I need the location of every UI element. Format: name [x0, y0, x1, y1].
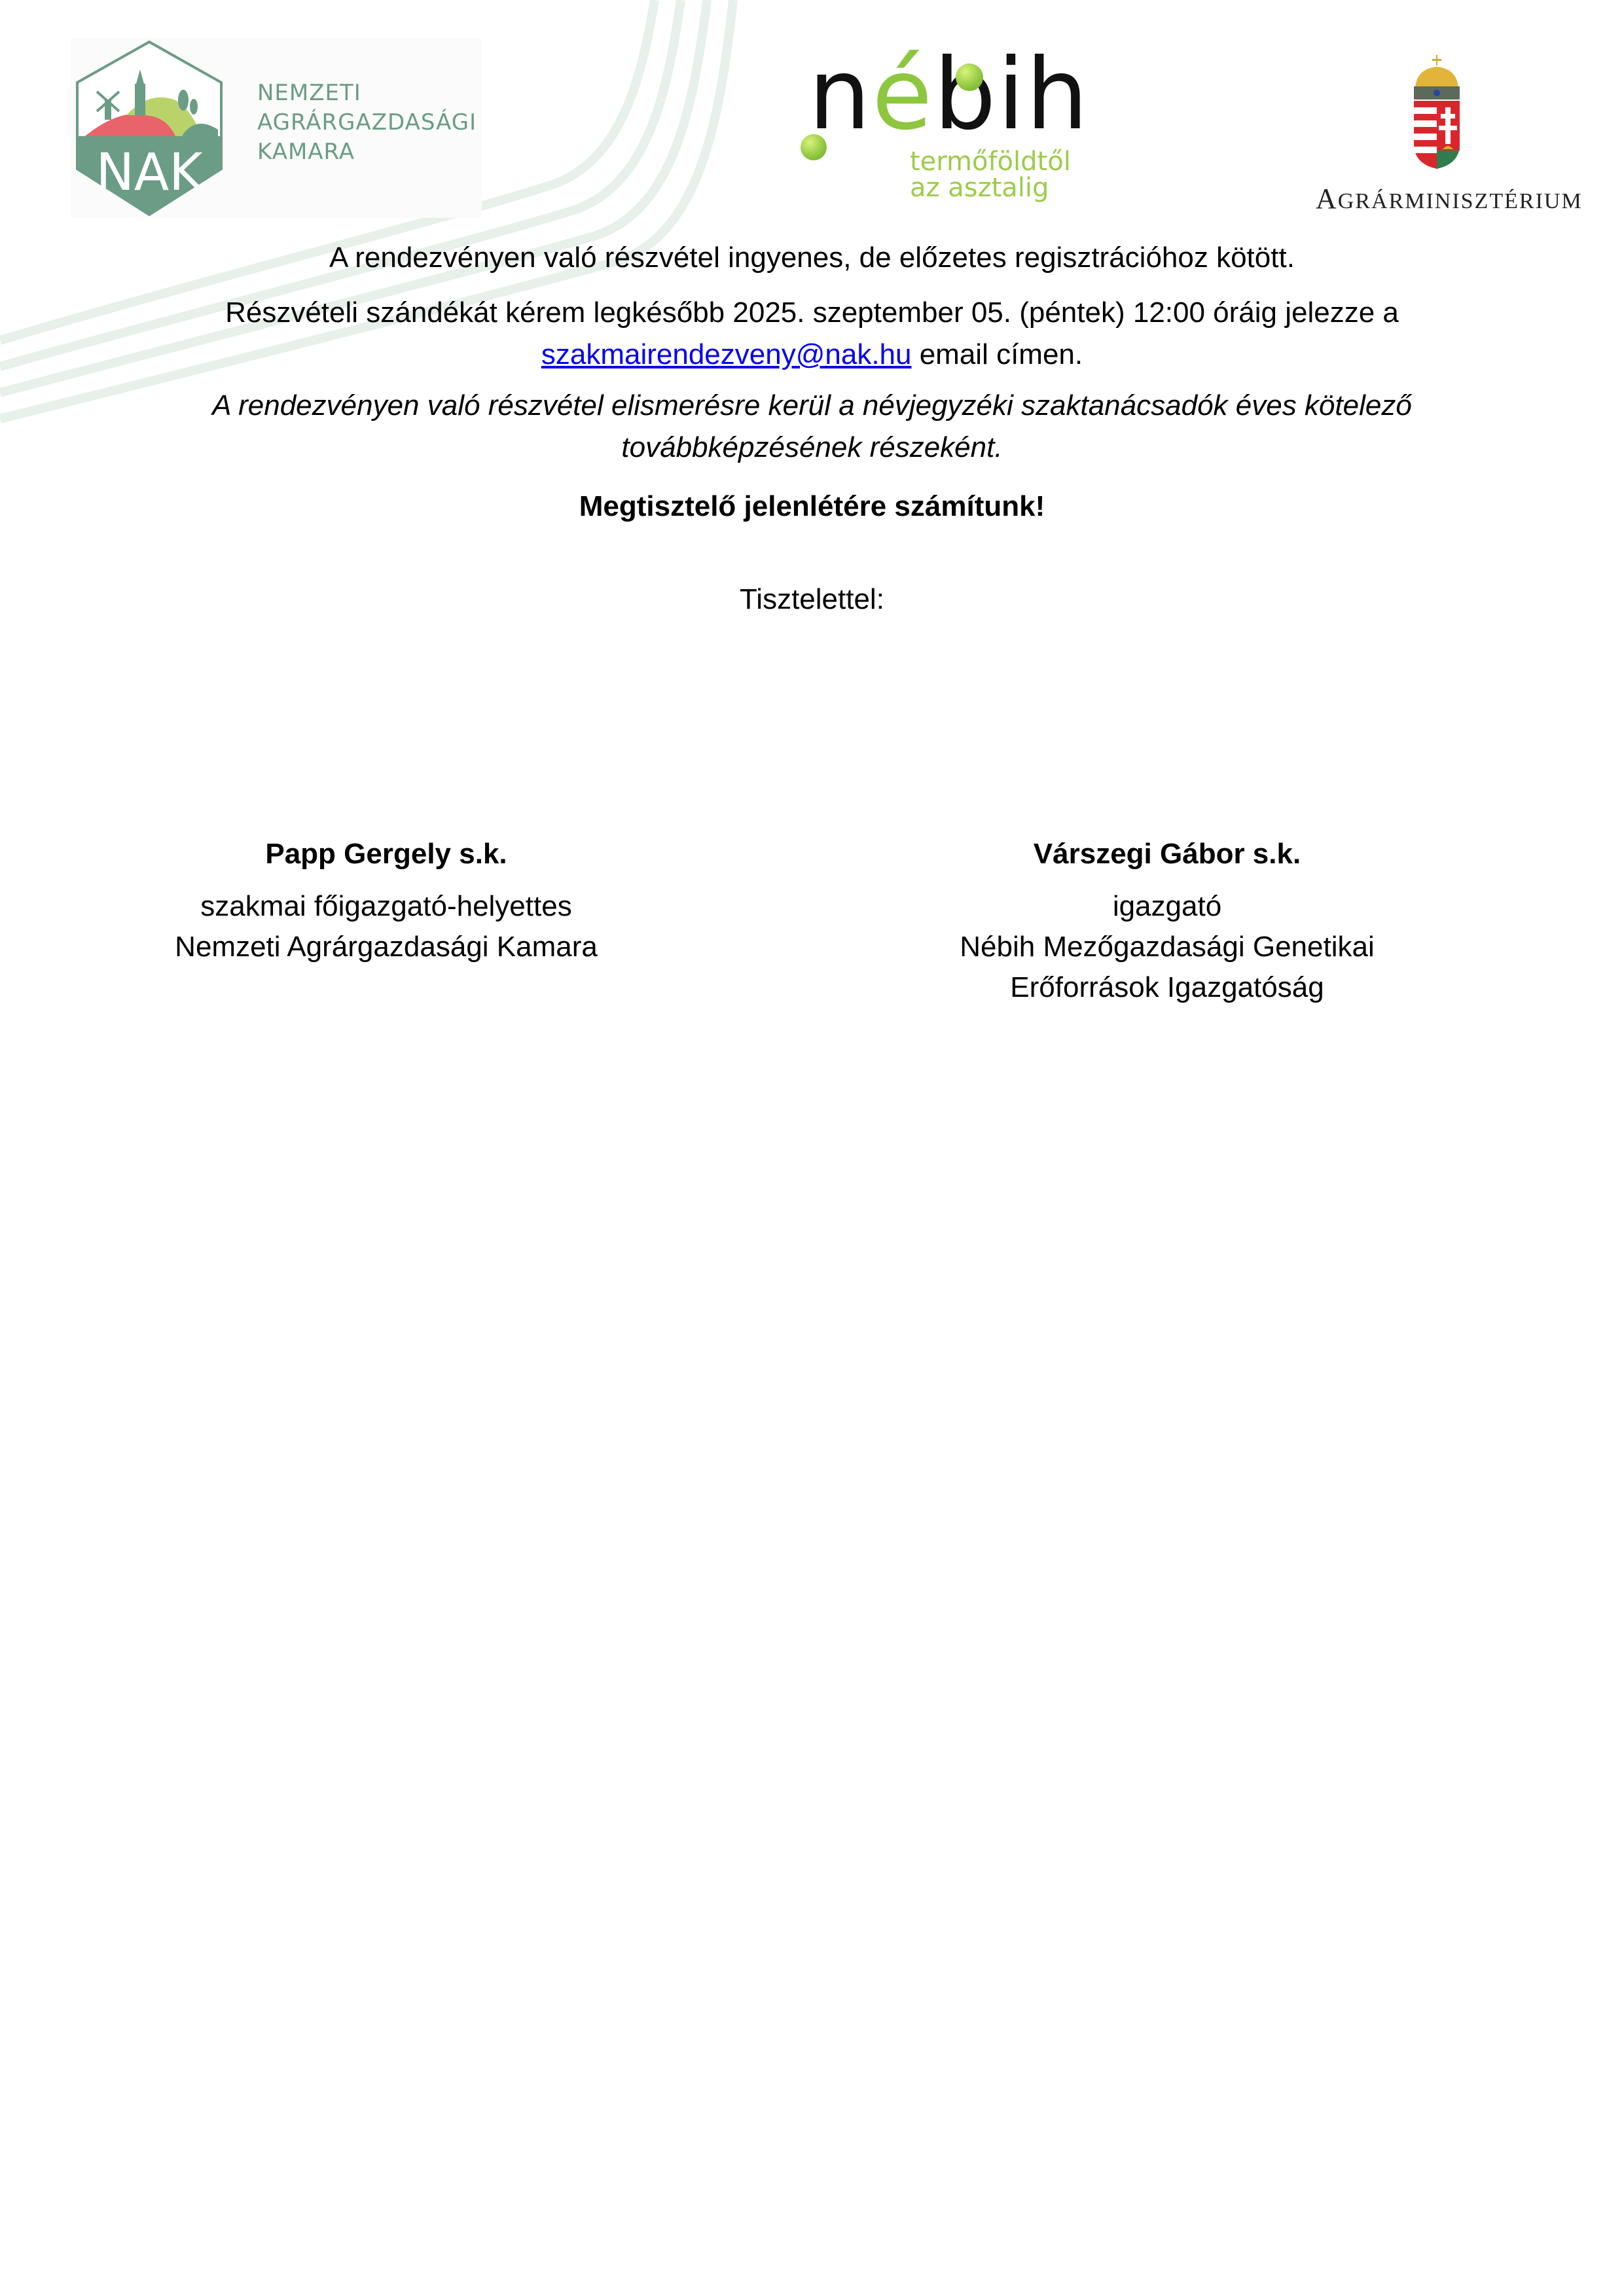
registration-note: A rendezvényen való részvétel ingyenes, … [0, 237, 1624, 279]
ministry-logo: AGRÁRMINISZTÉRIUM [1316, 52, 1578, 216]
nak-name-line: KAMARA [257, 137, 477, 167]
green-dot-icon [956, 63, 983, 91]
signatory-org: Nébih Mezőgazdasági Genetikai [873, 927, 1462, 967]
signature-block-right: Várszegi Gábor s.k. igazgató Nébih Mezőg… [873, 834, 1462, 1008]
nebih-tagline: termőföldtől az asztalig [910, 149, 1071, 201]
ministry-name: AGRÁRMINISZTÉRIUM [1316, 182, 1578, 215]
signatory-name: Papp Gergely s.k. [92, 834, 681, 874]
signatory-title: igazgató [873, 886, 1462, 927]
rsvp-line-suffix: email címen. [911, 338, 1083, 370]
nak-monogram: NAK [96, 143, 204, 202]
rsvp-line: Részvételi szándékát kérem legkésőbb 202… [0, 292, 1624, 334]
signatory-org: Erőforrások Igazgatóság [873, 967, 1462, 1008]
signatory-title: szakmai főigazgató-helyettes [92, 886, 681, 927]
green-dot-icon [801, 134, 827, 160]
nak-logo: NAK NEMZETI AGRÁRGAZDASÁGI KAMARA [71, 38, 482, 218]
signature-block-left: Papp Gergely s.k. szakmai főigazgató-hel… [92, 834, 681, 967]
rsvp-email-link[interactable]: szakmairendezveny@nak.hu [541, 338, 912, 370]
rsvp-paragraph: Részvételi szándékát kérem legkésőbb 202… [0, 292, 1624, 376]
closing-salutation: Tisztelettel: [0, 579, 1624, 620]
accreditation-line: továbbképzésének részeként. [0, 427, 1624, 469]
signatory-org: Nemzeti Agrárgazdasági Kamara [92, 927, 681, 967]
nak-badge-icon: NAK [71, 38, 228, 218]
accreditation-note: A rendezvényen való részvétel elismerésr… [0, 385, 1624, 469]
closing-invitation: Megtisztelő jelenlétére számítunk! [0, 486, 1624, 528]
nak-name-line: NEMZETI [257, 79, 477, 108]
signatory-name: Várszegi Gábor s.k. [873, 834, 1462, 874]
nak-name-line: AGRÁRGAZDASÁGI [257, 108, 477, 137]
hungarian-coat-of-arms-icon [1407, 52, 1466, 170]
nebih-logo: nébih termőföldtől az asztalig [795, 56, 1110, 213]
accreditation-line: A rendezvényen való részvétel elismerésr… [0, 385, 1624, 427]
nebih-wordmark: nébih [808, 29, 1089, 160]
nak-name: NEMZETI AGRÁRGAZDASÁGI KAMARA [257, 79, 477, 167]
